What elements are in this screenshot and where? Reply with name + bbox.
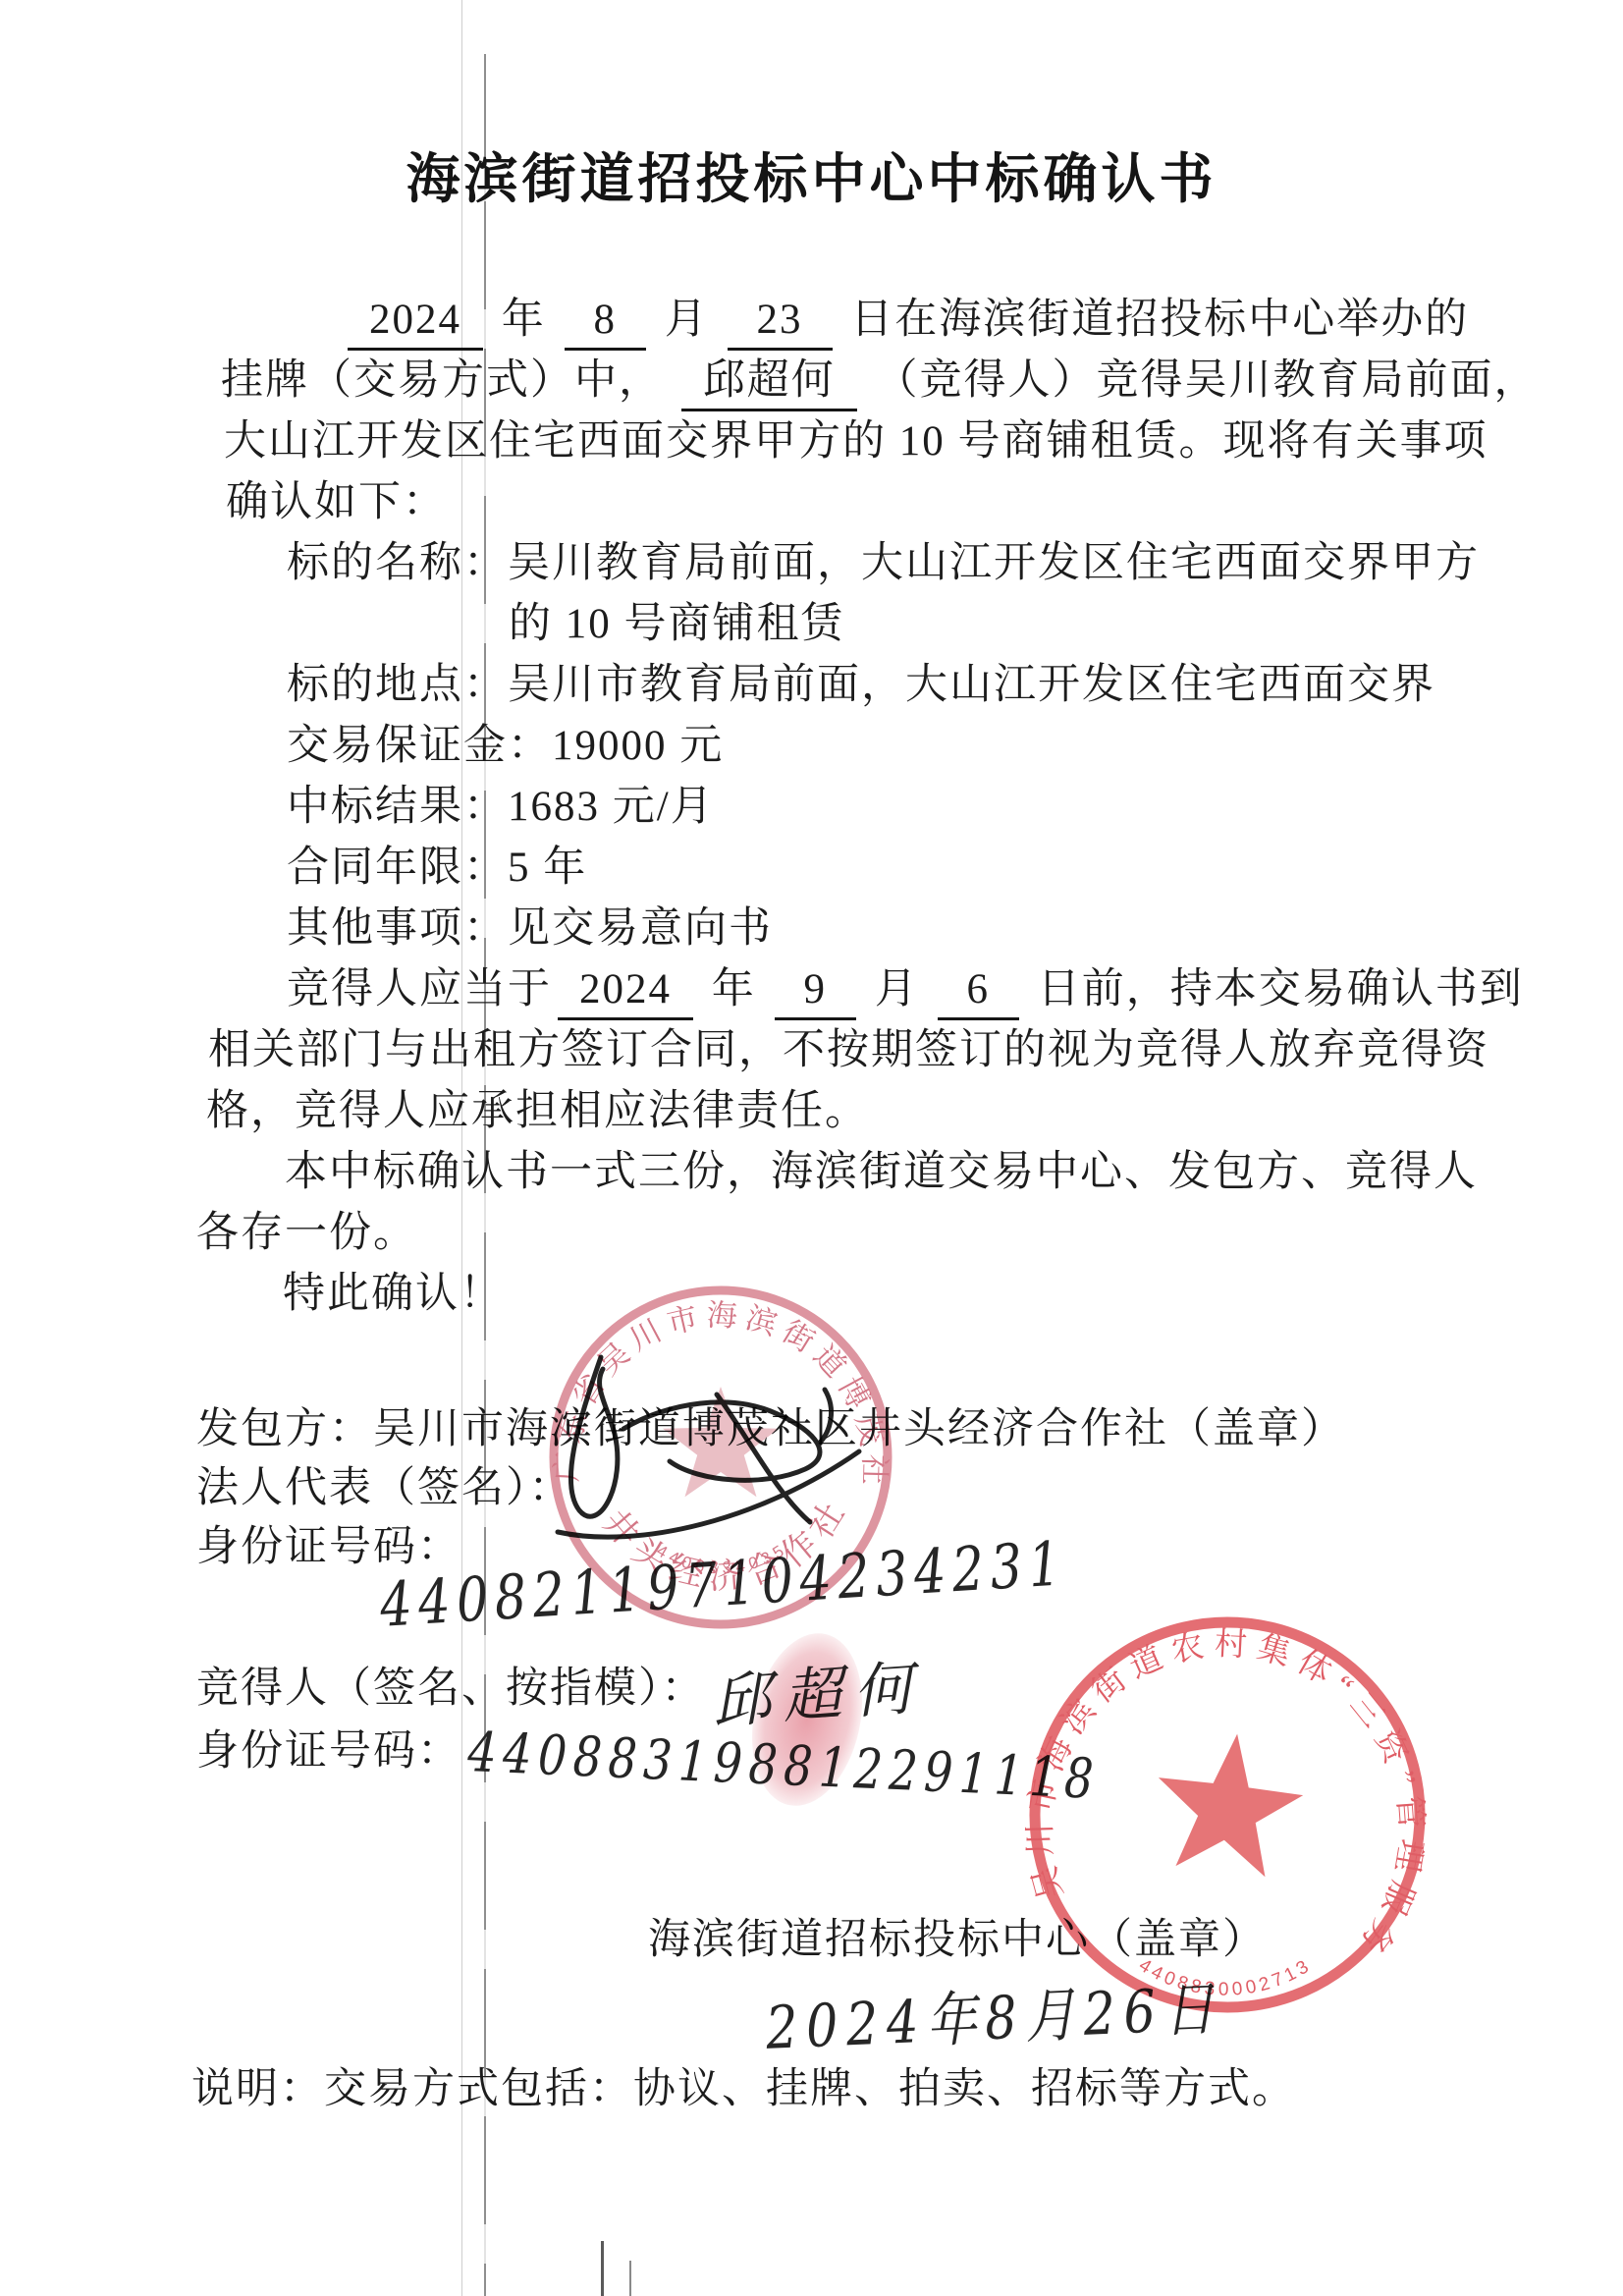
item-other-line: 其他事项：见交易意向书 xyxy=(287,902,773,957)
scanned-document-page: 海滨街道招投标中心中标确认书 2024 年 8 月 23 日在海滨街道招投标中心… xyxy=(0,0,1623,2296)
item-name-value-1: 吴川教育局前面，大山江开发区住宅西面交界甲方 xyxy=(508,540,1480,586)
cooperative-seal: 广东省吴川市海滨街道博茂社区 井头经济合作社 4406834035 xyxy=(542,1279,899,1636)
seal1-inner-text: 井头经济合作社 xyxy=(595,1489,856,1597)
p1-line1-rest: 日在海滨街道招投标中心举办的 xyxy=(850,297,1469,343)
id2-handwritten: 440883198812291118 xyxy=(466,1721,1101,1812)
document-title: 海滨街道招投标中心中标确认书 xyxy=(0,136,1623,213)
p3-line2: 各存一份。 xyxy=(196,1206,417,1261)
bottom-scan-mark-1 xyxy=(601,2241,604,2296)
p2-year-label: 年 xyxy=(712,966,756,1012)
blank-month-2: 9 xyxy=(775,962,857,1020)
item-result-value: 1683 元/月 xyxy=(508,784,715,830)
blank-day-2: 6 xyxy=(938,962,1020,1020)
item-deposit-line: 交易保证金：19000 元 xyxy=(287,719,724,774)
p2-month-label: 月 xyxy=(875,966,919,1012)
p1-month-label: 月 xyxy=(665,297,709,343)
item-location-line: 标的地点：吴川市教育局前面，大山江开发区住宅西面交界 xyxy=(287,658,1435,713)
p1-line2-pre: 挂牌（交易方式）中， xyxy=(221,357,663,404)
winner-signature-handwritten: 邱超何 xyxy=(709,1641,926,1740)
blank-year-1: 2024 xyxy=(348,293,483,351)
confirm-line: 特此确认！ xyxy=(283,1267,504,1322)
item-result-line: 中标结果：1683 元/月 xyxy=(287,780,715,835)
service-center-seal: 吴川市海滨街道农村集体“三资”管理服务中心 4408830002713 xyxy=(998,1585,1457,2045)
svg-text:井头经济合作社: 井头经济合作社 xyxy=(595,1489,856,1597)
item-term-label: 合同年限： xyxy=(287,845,508,891)
blank-year-2: 2024 xyxy=(558,962,693,1020)
legal-rep-label: 法人代表（签名）： xyxy=(196,1461,573,1516)
note-line: 说明：交易方式包括：协议、挂牌、拍卖、招标等方式。 xyxy=(191,2062,1296,2117)
blank-day-1: 23 xyxy=(728,293,833,351)
p1-line3: 大山江开发区住宅西面交界甲方的 10 号商铺租赁。现将有关事项 xyxy=(224,414,1488,469)
seal2-star-icon xyxy=(1148,1725,1309,1881)
p1-line2-post: （竞得人）竞得吴川教育局前面， xyxy=(876,357,1539,404)
p1-line1: 2024 年 8 月 23 日在海滨街道招投标中心举办的 xyxy=(342,293,1469,351)
item-name-line1: 标的名称：吴川教育局前面，大山江开发区住宅西面交界甲方 xyxy=(287,536,1480,591)
p2-line1-rest: 日前，持本交易确认书到 xyxy=(1038,966,1524,1012)
item-term-value: 5 年 xyxy=(508,845,587,891)
item-term-line: 合同年限：5 年 xyxy=(287,841,587,896)
p2-line1: 竞得人应当于2024 年 9 月 6 日前，持本交易确认书到 xyxy=(287,962,1524,1020)
item-location-value: 吴川市教育局前面，大山江开发区住宅西面交界 xyxy=(508,662,1435,708)
blank-winner-name: 邱超何 xyxy=(681,354,857,411)
p2-line3: 格，竞得人应承担相应法律责任。 xyxy=(206,1084,869,1139)
p1-line4: 确认如下： xyxy=(226,475,447,530)
item-location-label: 标的地点： xyxy=(287,662,508,708)
item-other-value: 见交易意向书 xyxy=(508,905,773,952)
item-deposit-value: 19000 元 xyxy=(552,723,724,769)
p1-year-label: 年 xyxy=(502,297,546,343)
item-other-label: 其他事项： xyxy=(287,905,508,952)
p1-line2: 挂牌（交易方式）中， 邱超何 （竞得人）竞得吴川教育局前面， xyxy=(221,354,1539,411)
item-name-label: 标的名称： xyxy=(287,540,508,586)
p2-pre: 竞得人应当于 xyxy=(287,966,552,1012)
id2-label: 身份证号码： xyxy=(196,1724,461,1779)
winner-label: 竞得人（签名、按指模）： xyxy=(196,1662,706,1717)
p3-line1: 本中标确认书一式三份，海滨街道交易中心、发包方、竞得人 xyxy=(285,1145,1478,1200)
blank-month-1: 8 xyxy=(565,293,647,351)
item-deposit-label: 交易保证金： xyxy=(287,723,552,769)
item-result-label: 中标结果： xyxy=(287,784,508,830)
item-name-line2: 的 10 号商铺租赁 xyxy=(509,597,845,652)
p2-line2: 相关部门与出租方签订合同，不按期签订的视为竞得人放弃竞得资 xyxy=(208,1023,1489,1078)
seal1-star-icon xyxy=(663,1387,779,1497)
bottom-scan-mark-2 xyxy=(629,2261,631,2296)
